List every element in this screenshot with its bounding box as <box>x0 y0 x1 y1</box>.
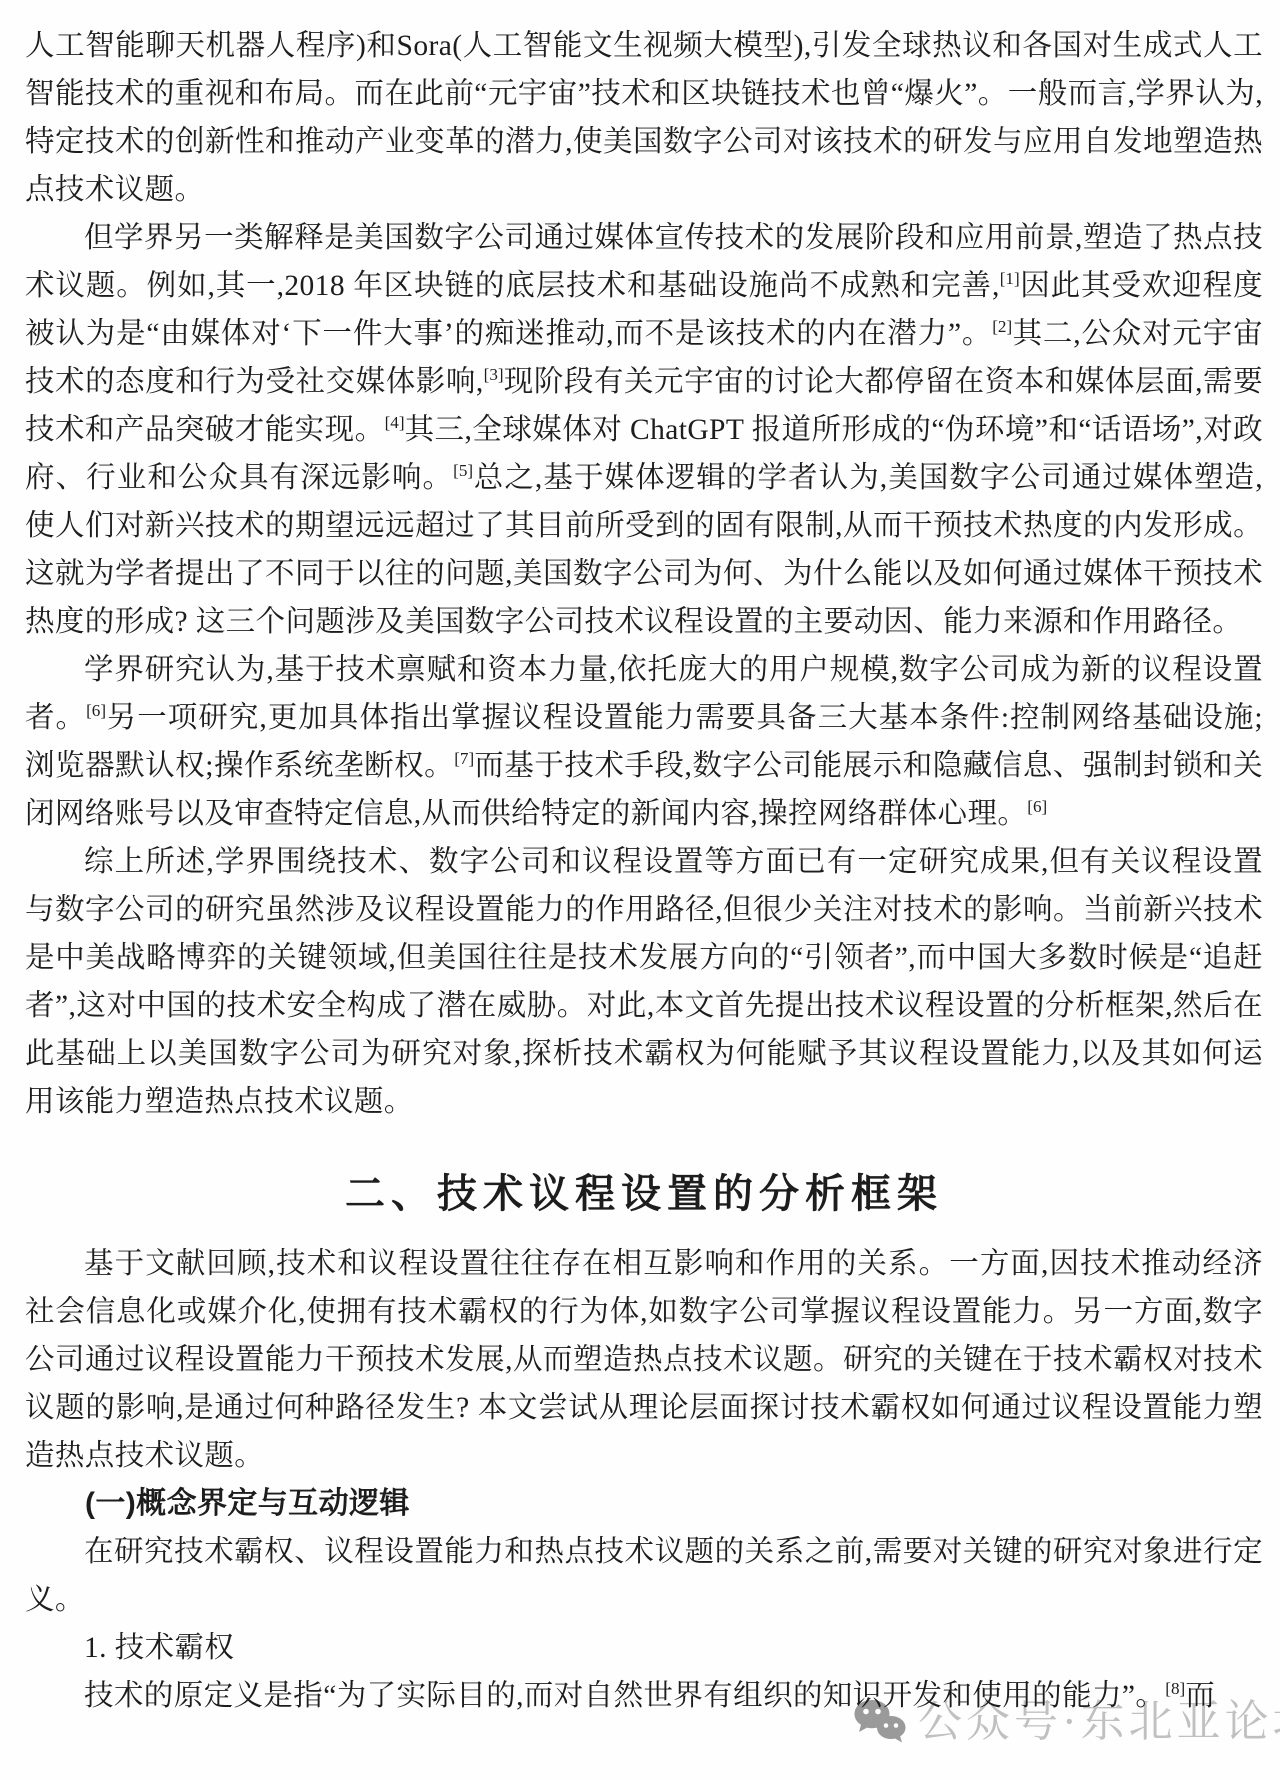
footnote-marker: [7] <box>454 749 474 768</box>
list-item-tech-hegemony: 1. 技术霸权 <box>25 1624 1263 1672</box>
footnote-marker: [6] <box>1027 797 1047 816</box>
paragraph-agenda-setters: 学界研究认为,基于技术禀赋和资本力量,依托庞大的用户规模,数字公司成为新的议程设… <box>25 646 1263 838</box>
paragraph-framework-intro: 基于文献回顾,技术和议程设置往往存在相互影响和作用的关系。一方面,因技术推动经济… <box>25 1240 1263 1480</box>
paragraph-tech-definition: 技术的原定义是指“为了实际目的,而对自然世界有组织的知识开发和使用的能力”。[8… <box>25 1672 1263 1720</box>
paragraph-continuation: 人工智能聊天机器人程序)和Sora(人工智能文生视频大模型),引发全球热议和各国… <box>25 22 1263 214</box>
footnote-marker: [8] <box>1165 1679 1185 1698</box>
article-body: 人工智能聊天机器人程序)和Sora(人工智能文生视频大模型),引发全球热议和各国… <box>25 22 1263 1720</box>
subsection-heading: (一)概念界定与互动逻辑 <box>25 1480 1263 1528</box>
footnote-marker: [4] <box>385 413 405 432</box>
paragraph-media-explanation: 但学界另一类解释是美国数字公司通过媒体宣传技术的发展阶段和应用前景,塑造了热点技… <box>25 214 1263 646</box>
paragraph-definition-intro: 在研究技术霸权、议程设置能力和热点技术议题的关系之前,需要对关键的研究对象进行定… <box>25 1528 1263 1624</box>
footnote-marker: [1] <box>1000 269 1020 288</box>
footnote-marker: [6] <box>86 701 106 720</box>
paper-page: 人工智能聊天机器人程序)和Sora(人工智能文生视频大模型),引发全球热议和各国… <box>0 0 1280 1780</box>
footnote-marker: [2] <box>992 317 1012 336</box>
footnote-marker: [3] <box>484 365 504 384</box>
paragraph-summary: 综上所述,学界围绕技术、数字公司和议程设置等方面已有一定研究成果,但有关议程设置… <box>25 838 1263 1126</box>
footnote-marker: [5] <box>453 461 473 480</box>
section-heading: 二、技术议程设置的分析框架 <box>25 1166 1263 1222</box>
